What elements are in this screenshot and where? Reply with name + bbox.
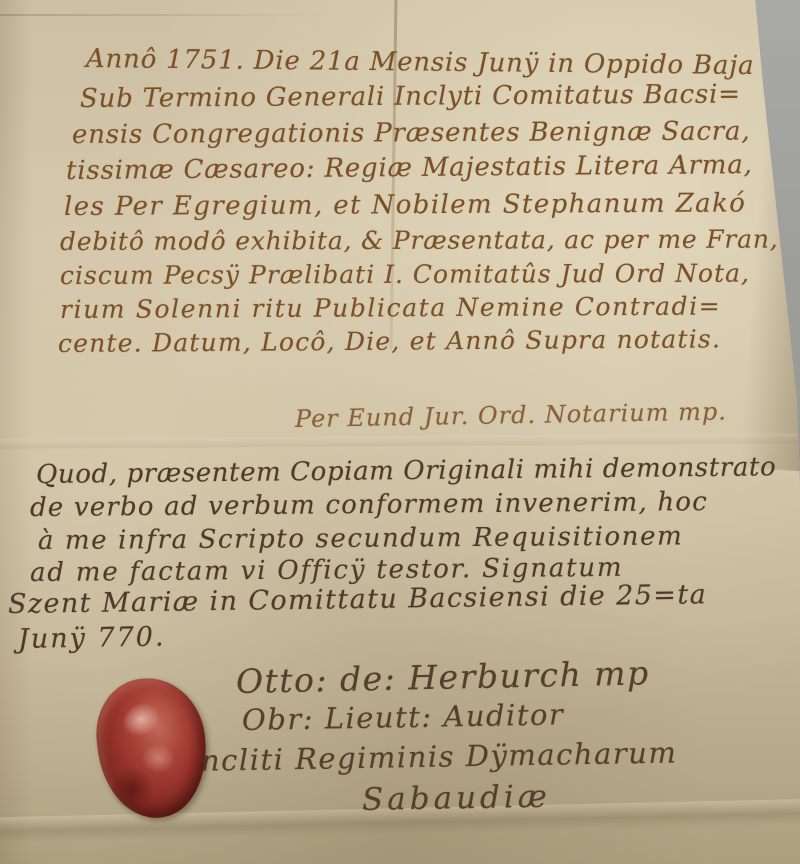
signature-name-line: Otto: de: Herburch mp xyxy=(236,653,650,701)
photograph-background: Annô 1751. Die 21a Mensis Junÿ in Oppido… xyxy=(0,0,800,864)
wax-seal-highlight-small xyxy=(142,744,176,774)
manuscript-line: à me infra Scripto secundum Requisitione… xyxy=(38,521,683,556)
fold-crease-top xyxy=(0,14,340,16)
manuscript-line: ensis Congregationis Præsentes Benignæ S… xyxy=(72,116,751,150)
wax-seal-shadow xyxy=(109,765,155,812)
manuscript-line: Junÿ 770. xyxy=(18,621,166,655)
notary-attestation-line: Per Eund Jur. Ord. Notarium mp. xyxy=(295,397,727,433)
fold-crease-middle xyxy=(0,433,800,449)
manuscript-paper: Annô 1751. Die 21a Mensis Junÿ in Oppido… xyxy=(0,0,800,864)
manuscript-line: cente. Datum, Locô, Die, et Annô Supra n… xyxy=(58,324,721,358)
signature-rank-line: Obr: Lieutt: Auditor xyxy=(242,697,565,737)
manuscript-line: rium Solenni ritu Publicata Nemine Contr… xyxy=(60,292,721,324)
signature-regiment-line: Incliti Regiminis Dÿmacharum xyxy=(188,735,678,778)
manuscript-line: les Per Egregium, et Nobilem Stephanum Z… xyxy=(64,188,746,222)
manuscript-line: Quod, præsentem Copiam Originali mihi de… xyxy=(36,452,777,490)
wax-seal-highlight xyxy=(118,699,164,741)
manuscript-line: Sub Termino Generali Inclyti Comitatus B… xyxy=(80,79,741,114)
manuscript-line: de verbo ad verbum conformem invenerim, … xyxy=(30,487,708,523)
manuscript-line: tissimæ Cæsareo: Regiæ Majestatis Litera… xyxy=(66,150,753,186)
manuscript-line: debitô modô exhibita, & Præsentata, ac p… xyxy=(60,224,779,256)
wax-seal xyxy=(90,672,214,824)
signature-place-line: Sabaudiæ xyxy=(362,779,552,818)
manuscript-line: Annô 1751. Die 21a Mensis Junÿ in Oppido… xyxy=(86,44,755,81)
manuscript-line: ciscum Pecsÿ Prælibati I. Comitatûs Jud … xyxy=(60,259,750,290)
